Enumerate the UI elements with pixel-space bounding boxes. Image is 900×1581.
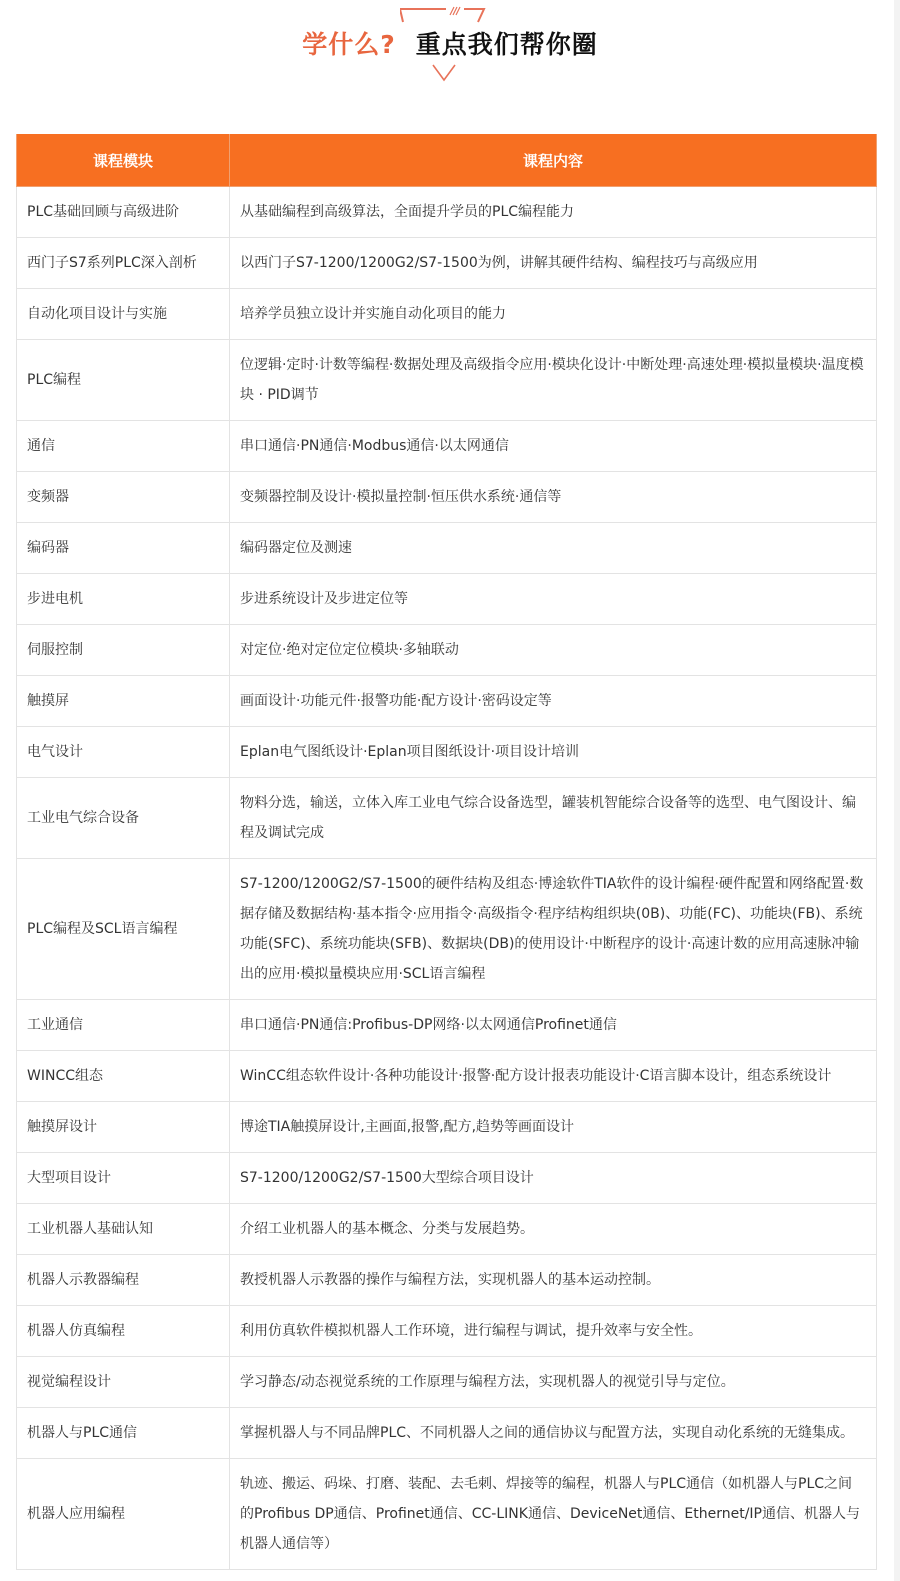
course-module-cell: 电气设计 [17,727,230,778]
course-module-cell: 机器人与PLC通信 [17,1408,230,1459]
table-row: 通信串口通信·PN通信·Modbus通信·以太网通信 [17,421,877,472]
course-content-cell: 教授机器人示教器的操作与编程方法，实现机器人的基本运动控制。 [230,1255,877,1306]
course-content-cell: 画面设计·功能元件·报警功能·配方设计·密码设定等 [230,676,877,727]
table-row: 电气设计Eplan电气图纸设计·Eplan项目图纸设计·项目设计培训 [17,727,877,778]
course-module-cell: 视觉编程设计 [17,1357,230,1408]
page-title: 学什么?重点我们帮你圈 [0,28,900,62]
down-triangle-icon [432,64,456,82]
table-row: 触摸屏画面设计·功能元件·报警功能·配方设计·密码设定等 [17,676,877,727]
course-content-cell: 编码器定位及测速 [230,523,877,574]
course-module-cell: 通信 [17,421,230,472]
course-module-cell: 机器人仿真编程 [17,1306,230,1357]
course-module-cell: 工业电气综合设备 [17,778,230,859]
table-row: 机器人仿真编程利用仿真软件模拟机器人工作环境，进行编程与调试，提升效率与安全性。 [17,1306,877,1357]
course-content-cell: WinCC组态软件设计·各种功能设计·报警·配方设计报表功能设计·C语言脚本设计… [230,1051,877,1102]
course-module-cell: PLC编程 [17,340,230,421]
course-content-cell: Eplan电气图纸设计·Eplan项目图纸设计·项目设计培训 [230,727,877,778]
course-module-cell: 西门子S7系列PLC深入剖析 [17,238,230,289]
course-module-cell: 大型项目设计 [17,1153,230,1204]
course-module-cell: PLC编程及SCL语言编程 [17,859,230,1000]
table-row: 视觉编程设计学习静态/动态视觉系统的工作原理与编程方法，实现机器人的视觉引导与定… [17,1357,877,1408]
course-module-cell: 编码器 [17,523,230,574]
course-content-cell: 培养学员独立设计并实施自动化项目的能力 [230,289,877,340]
decorative-bracket-icon [400,6,490,24]
course-module-cell: 工业机器人基础认知 [17,1204,230,1255]
section-heading: 学什么?重点我们帮你圈 [0,0,900,90]
course-module-cell: 机器人应用编程 [17,1459,230,1570]
course-content-cell: 从基础编程到高级算法，全面提升学员的PLC编程能力 [230,187,877,238]
course-table: 课程模块 课程内容 PLC基础回顾与高级进阶从基础编程到高级算法，全面提升学员的… [16,134,877,1570]
course-module-cell: 触摸屏 [17,676,230,727]
table-row: 机器人应用编程轨迹、搬运、码垛、打磨、装配、去毛刺、焊接等的编程，机器人与PLC… [17,1459,877,1570]
table-row: 工业机器人基础认知介绍工业机器人的基本概念、分类与发展趋势。 [17,1204,877,1255]
course-module-cell: 自动化项目设计与实施 [17,289,230,340]
table-row: 步进电机步进系统设计及步进定位等 [17,574,877,625]
table-row: 变频器变频器控制及设计·模拟量控制·恒压供水系统·通信等 [17,472,877,523]
course-content-cell: 位逻辑·定时·计数等编程·数据处理及高级指令应用·模块化设计·中断处理·高速处理… [230,340,877,421]
column-header-content: 课程内容 [230,134,877,187]
course-content-cell: 串口通信·PN通信:Profibus-DP网络·以太网通信Profinet通信 [230,1000,877,1051]
course-module-cell: WINCC组态 [17,1051,230,1102]
table-row: PLC编程位逻辑·定时·计数等编程·数据处理及高级指令应用·模块化设计·中断处理… [17,340,877,421]
course-content-cell: 物料分选，输送，立体入库工业电气综合设备选型，罐装机智能综合设备等的选型、电气图… [230,778,877,859]
page-scrollbar-strip [894,0,900,1581]
table-row: PLC基础回顾与高级进阶从基础编程到高级算法，全面提升学员的PLC编程能力 [17,187,877,238]
course-content-cell: 串口通信·PN通信·Modbus通信·以太网通信 [230,421,877,472]
table-header-row: 课程模块 课程内容 [17,134,877,187]
course-module-cell: 变频器 [17,472,230,523]
course-module-cell: 伺服控制 [17,625,230,676]
table-row: 机器人示教器编程教授机器人示教器的操作与编程方法，实现机器人的基本运动控制。 [17,1255,877,1306]
table-row: 西门子S7系列PLC深入剖析以西门子S7-1200/1200G2/S7-1500… [17,238,877,289]
course-content-cell: 掌握机器人与不同品牌PLC、不同机器人之间的通信协议与配置方法，实现自动化系统的… [230,1408,877,1459]
course-content-cell: 博途TIA触摸屏设计,主画面,报警,配方,趋势等画面设计 [230,1102,877,1153]
course-content-cell: 以西门子S7-1200/1200G2/S7-1500为例，讲解其硬件结构、编程技… [230,238,877,289]
course-content-cell: 步进系统设计及步进定位等 [230,574,877,625]
course-content-cell: 变频器控制及设计·模拟量控制·恒压供水系统·通信等 [230,472,877,523]
table-row: 机器人与PLC通信掌握机器人与不同品牌PLC、不同机器人之间的通信协议与配置方法… [17,1408,877,1459]
table-row: PLC编程及SCL语言编程S7-1200/1200G2/S7-1500的硬件结构… [17,859,877,1000]
course-content-cell: 对定位·绝对定位定位模块·多轴联动 [230,625,877,676]
title-accent: 学什么? [302,30,396,59]
course-module-cell: 机器人示教器编程 [17,1255,230,1306]
course-content-cell: S7-1200/1200G2/S7-1500大型综合项目设计 [230,1153,877,1204]
course-content-cell: 利用仿真软件模拟机器人工作环境，进行编程与调试，提升效率与安全性。 [230,1306,877,1357]
table-row: 触摸屏设计博途TIA触摸屏设计,主画面,报警,配方,趋势等画面设计 [17,1102,877,1153]
course-module-cell: 步进电机 [17,574,230,625]
table-row: 工业电气综合设备物料分选，输送，立体入库工业电气综合设备选型，罐装机智能综合设备… [17,778,877,859]
table-row: 自动化项目设计与实施培养学员独立设计并实施自动化项目的能力 [17,289,877,340]
course-module-cell: 工业通信 [17,1000,230,1051]
title-main: 重点我们帮你圈 [416,30,598,59]
table-row: 大型项目设计S7-1200/1200G2/S7-1500大型综合项目设计 [17,1153,877,1204]
course-content-cell: 学习静态/动态视觉系统的工作原理与编程方法，实现机器人的视觉引导与定位。 [230,1357,877,1408]
column-header-module: 课程模块 [17,134,230,187]
table-row: 伺服控制对定位·绝对定位定位模块·多轴联动 [17,625,877,676]
course-content-cell: S7-1200/1200G2/S7-1500的硬件结构及组态·博途软件TIA软件… [230,859,877,1000]
course-module-cell: PLC基础回顾与高级进阶 [17,187,230,238]
table-row: WINCC组态WinCC组态软件设计·各种功能设计·报警·配方设计报表功能设计·… [17,1051,877,1102]
course-module-cell: 触摸屏设计 [17,1102,230,1153]
table-body: PLC基础回顾与高级进阶从基础编程到高级算法，全面提升学员的PLC编程能力西门子… [17,187,877,1570]
table-row: 编码器编码器定位及测速 [17,523,877,574]
table-row: 工业通信串口通信·PN通信:Profibus-DP网络·以太网通信Profine… [17,1000,877,1051]
course-content-cell: 轨迹、搬运、码垛、打磨、装配、去毛刺、焊接等的编程，机器人与PLC通信（如机器人… [230,1459,877,1570]
course-content-cell: 介绍工业机器人的基本概念、分类与发展趋势。 [230,1204,877,1255]
